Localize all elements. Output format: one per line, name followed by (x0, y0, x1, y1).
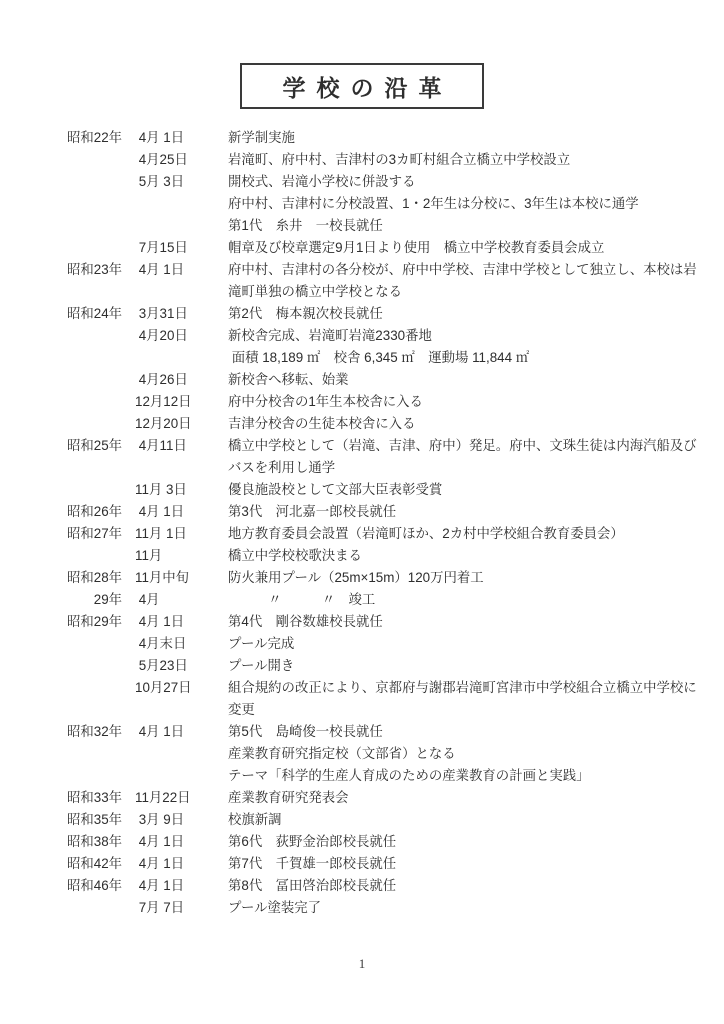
timeline-row: 昭和46年 4月 1日 第8代 冨田啓治郎校長就任 (67, 875, 706, 897)
era-year-label (67, 149, 135, 171)
event-text: 府中村、吉津村に分校設置、1・2年生は分校に、3年生は本校に通学 (228, 193, 706, 215)
event-text: 産業教育研究指定校（文部省）となる (228, 743, 706, 765)
era-year-label: 昭和42年 (67, 853, 135, 875)
timeline-row: 10月27日 組合規約の改正により、京都府与謝郡岩滝町宮津市中学校組合立橋立中学… (67, 677, 706, 699)
timeline-row: 昭和35年 3月 9日 校旗新調 (67, 809, 706, 831)
era-year-label (67, 215, 135, 237)
timeline-row: 昭和29年 4月 1日 第4代 剛谷数雄校長就任 (67, 611, 706, 633)
event-date-label: 3月31日 (135, 303, 228, 325)
event-date-label: 11月 3日 (135, 479, 228, 501)
event-date-label: 12月12日 (135, 391, 228, 413)
era-year-label (67, 237, 135, 259)
event-text: 〃 〃 竣工 (228, 589, 706, 611)
era-year-label (67, 479, 135, 501)
timeline-row: バスを利用し通学 (67, 457, 706, 479)
timeline-row: 昭和22年 4月 1日 新学制実施 (67, 127, 706, 149)
event-text: テーマ「科学的生産人育成のための産業教育の計画と実践」 (228, 765, 706, 787)
timeline-row: 昭和23年 4月 1日 府中村、吉津村の各分校が、府中中学校、吉津中学校として独… (67, 259, 706, 281)
era-year-label: 昭和26年 (67, 501, 135, 523)
event-date-label: 5月 3日 (135, 171, 228, 193)
era-year-label (67, 171, 135, 193)
era-year-label: 昭和46年 (67, 875, 135, 897)
timeline-row: 産業教育研究指定校（文部省）となる (67, 743, 706, 765)
event-date-label: 4月 1日 (135, 259, 228, 281)
event-text: 岩滝町、府中村、吉津村の3カ町村組合立橋立中学校設立 (228, 149, 706, 171)
timeline-row: テーマ「科学的生産人育成のための産業教育の計画と実践」 (67, 765, 706, 787)
era-year-label: 昭和32年 (67, 721, 135, 743)
event-date-label (135, 699, 228, 721)
event-date-label: 12月20日 (135, 413, 228, 435)
timeline-row: 4月末日 プール完成 (67, 633, 706, 655)
timeline-row: 昭和24年 3月31日 第2代 梅本親次校長就任 (67, 303, 706, 325)
event-date-label: 4月20日 (135, 325, 228, 347)
event-text: 防火兼用プール（25m×15m）120万円着工 (228, 567, 706, 589)
timeline-row: 滝町単独の橋立中学校となる (67, 281, 706, 303)
event-date-label (135, 743, 228, 765)
event-text: 産業教育研究発表会 (228, 787, 706, 809)
event-date-label: 11月中旬 (135, 567, 228, 589)
event-date-label (135, 281, 228, 303)
event-date-label: 4月 1日 (135, 831, 228, 853)
event-text: 第4代 剛谷数雄校長就任 (228, 611, 706, 633)
timeline-row: 5月23日 プール開き (67, 655, 706, 677)
event-date-label: 4月26日 (135, 369, 228, 391)
event-text: 第5代 島崎俊一校長就任 (228, 721, 706, 743)
timeline-row: 府中村、吉津村に分校設置、1・2年生は分校に、3年生は本校に通学 (67, 193, 706, 215)
era-year-label: 昭和28年 (67, 567, 135, 589)
era-year-label (67, 457, 135, 479)
timeline-row: 第1代 糸井 一校長就任 (67, 215, 706, 237)
era-year-label (67, 677, 135, 699)
event-date-label (135, 193, 228, 215)
event-date-label (135, 347, 228, 369)
event-text: 府中分校舎の1年生本校舎に入る (228, 391, 706, 413)
event-date-label: 4月 1日 (135, 501, 228, 523)
event-text: 優良施設校として文部大臣表彰受賞 (228, 479, 706, 501)
timeline-row: 4月20日 新校舎完成、岩滝町岩滝2330番地 (67, 325, 706, 347)
event-date-label: 7月15日 (135, 237, 228, 259)
era-year-label (67, 743, 135, 765)
event-text: プール塗装完了 (228, 897, 706, 919)
event-date-label (135, 457, 228, 479)
event-text: 新校舎へ移転、始業 (228, 369, 706, 391)
timeline-row: 4月26日 新校舎へ移転、始業 (67, 369, 706, 391)
timeline-row: 昭和28年 11月中旬 防火兼用プール（25m×15m）120万円着工 (67, 567, 706, 589)
era-year-label (67, 325, 135, 347)
event-date-label: 4月25日 (135, 149, 228, 171)
timeline-row: 5月 3日 開校式、岩滝小学校に併設する (67, 171, 706, 193)
event-text: 面積 18,189 ㎡ 校舎 6,345 ㎡ 運動場 11,844 ㎡ (228, 347, 706, 369)
page-title: 学校の沿革 (272, 70, 453, 103)
era-year-label (67, 765, 135, 787)
event-date-label: 3月 9日 (135, 809, 228, 831)
timeline-row: 4月25日 岩滝町、府中村、吉津村の3カ町村組合立橋立中学校設立 (67, 149, 706, 171)
event-text: プール開き (228, 655, 706, 677)
era-year-label: 29年 (67, 589, 135, 611)
event-text: 地方教育委員会設置（岩滝町ほか、2カ村中学校組合教育委員会） (228, 523, 706, 545)
event-text: プール完成 (228, 633, 706, 655)
timeline-row: 昭和38年 4月 1日 第6代 荻野金治郎校長就任 (67, 831, 706, 853)
event-text: 第2代 梅本親次校長就任 (228, 303, 706, 325)
timeline-row: 11月 橋立中学校校歌決まる (67, 545, 706, 567)
event-date-label: 11月 1日 (135, 523, 228, 545)
event-text: 橋立中学校校歌決まる (228, 545, 706, 567)
era-year-label (67, 655, 135, 677)
school-history-timeline: 昭和22年 4月 1日 新学制実施 4月25日 岩滝町、府中村、吉津村の3カ町村… (67, 127, 706, 919)
era-year-label (67, 897, 135, 919)
era-year-label (67, 281, 135, 303)
era-year-label (67, 347, 135, 369)
event-date-label: 11月22日 (135, 787, 228, 809)
timeline-row: 面積 18,189 ㎡ 校舎 6,345 ㎡ 運動場 11,844 ㎡ (67, 347, 706, 369)
event-text: 第7代 千賀雄一郎校長就任 (228, 853, 706, 875)
event-date-label: 4月 1日 (135, 721, 228, 743)
page-number: 1 (0, 956, 724, 972)
event-text: バスを利用し通学 (228, 457, 706, 479)
event-text: 橋立中学校として（岩滝、吉津、府中）発足。府中、文珠生徒は内海汽船及び (228, 435, 706, 457)
event-text: 第8代 冨田啓治郎校長就任 (228, 875, 706, 897)
timeline-row: 29年 4月 〃 〃 竣工 (67, 589, 706, 611)
event-text: 組合規約の改正により、京都府与謝郡岩滝町宮津市中学校組合立橋立中学校に (228, 677, 706, 699)
event-text: 校旗新調 (228, 809, 706, 831)
era-year-label: 昭和38年 (67, 831, 135, 853)
event-text: 吉津分校舎の生徒本校舎に入る (228, 413, 706, 435)
era-year-label: 昭和22年 (67, 127, 135, 149)
era-year-label: 昭和33年 (67, 787, 135, 809)
timeline-row: 12月12日 府中分校舎の1年生本校舎に入る (67, 391, 706, 413)
event-date-label: 4月 1日 (135, 875, 228, 897)
timeline-row: 昭和32年 4月 1日 第5代 島崎俊一校長就任 (67, 721, 706, 743)
event-text: 帽章及び校章選定9月1日より使用 橋立中学校教育委員会成立 (228, 237, 706, 259)
timeline-row: 昭和26年 4月 1日 第3代 河北嘉一郎校長就任 (67, 501, 706, 523)
event-text: 滝町単独の橋立中学校となる (228, 281, 706, 303)
era-year-label (67, 413, 135, 435)
era-year-label: 昭和29年 (67, 611, 135, 633)
event-date-label: 10月27日 (135, 677, 228, 699)
timeline-row: 昭和33年 11月22日 産業教育研究発表会 (67, 787, 706, 809)
event-text: 開校式、岩滝小学校に併設する (228, 171, 706, 193)
event-text: 変更 (228, 699, 706, 721)
event-date-label: 4月 (135, 589, 228, 611)
era-year-label (67, 391, 135, 413)
era-year-label (67, 633, 135, 655)
event-date-label: 4月 1日 (135, 127, 228, 149)
timeline-row: 11月 3日 優良施設校として文部大臣表彰受賞 (67, 479, 706, 501)
event-text: 府中村、吉津村の各分校が、府中中学校、吉津中学校として独立し、本校は岩 (228, 259, 706, 281)
era-year-label: 昭和24年 (67, 303, 135, 325)
event-date-label: 11月 (135, 545, 228, 567)
event-text: 第1代 糸井 一校長就任 (228, 215, 706, 237)
event-text: 新学制実施 (228, 127, 706, 149)
timeline-row: 昭和42年 4月 1日 第7代 千賀雄一郎校長就任 (67, 853, 706, 875)
event-text: 新校舎完成、岩滝町岩滝2330番地 (228, 325, 706, 347)
event-text: 第3代 河北嘉一郎校長就任 (228, 501, 706, 523)
era-year-label (67, 699, 135, 721)
timeline-row: 7月15日 帽章及び校章選定9月1日より使用 橋立中学校教育委員会成立 (67, 237, 706, 259)
event-text: 第6代 荻野金治郎校長就任 (228, 831, 706, 853)
era-year-label (67, 369, 135, 391)
event-date-label: 5月23日 (135, 655, 228, 677)
timeline-row: 12月20日 吉津分校舎の生徒本校舎に入る (67, 413, 706, 435)
era-year-label (67, 193, 135, 215)
event-date-label: 4月末日 (135, 633, 228, 655)
era-year-label: 昭和25年 (67, 435, 135, 457)
timeline-row: 昭和25年 4月11日 橋立中学校として（岩滝、吉津、府中）発足。府中、文珠生徒… (67, 435, 706, 457)
event-date-label: 4月 1日 (135, 611, 228, 633)
document-page: 学校の沿革 昭和22年 4月 1日 新学制実施 4月25日 岩滝町、府中村、吉津… (0, 0, 724, 1024)
timeline-row: 変更 (67, 699, 706, 721)
title-box: 学校の沿革 (240, 63, 484, 109)
era-year-label: 昭和35年 (67, 809, 135, 831)
era-year-label: 昭和23年 (67, 259, 135, 281)
event-date-label (135, 215, 228, 237)
era-year-label (67, 545, 135, 567)
event-date-label (135, 765, 228, 787)
event-date-label: 7月 7日 (135, 897, 228, 919)
timeline-row: 7月 7日 プール塗装完了 (67, 897, 706, 919)
timeline-row: 昭和27年 11月 1日 地方教育委員会設置（岩滝町ほか、2カ村中学校組合教育委… (67, 523, 706, 545)
event-date-label: 4月 1日 (135, 853, 228, 875)
event-date-label: 4月11日 (135, 435, 228, 457)
era-year-label: 昭和27年 (67, 523, 135, 545)
